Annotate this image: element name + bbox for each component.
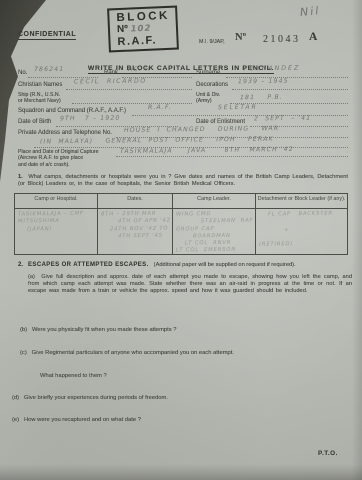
camps-table-cell-detachment: FL CAP BACKSTER + (RETIRED) — [256, 209, 347, 254]
camps-table-header-leader: Camp Leader. — [173, 194, 256, 209]
camps-table: Camp or Hospital. Dates. Camp Leader. De… — [14, 193, 348, 255]
camps-table-header-detachment: Detachment or Block Leader (if any). — [256, 194, 347, 209]
confidential-label: CONFIDENTIAL — [18, 31, 76, 38]
question-1-text: What camps, detachments or hospitals wer… — [18, 174, 348, 187]
camps-table-cell-dates: 8TH – 29TH MAR 4TH OF APR '42 24TH NOV '… — [98, 209, 173, 254]
stamp-number-handwritten: 102 — [130, 24, 151, 35]
question-2d: (d) Give briefly your experiences during… — [12, 395, 168, 401]
field-squadron-line — [132, 115, 348, 116]
field-decorations-label: Decorations — [196, 82, 228, 88]
right-edge-shadow — [352, 0, 362, 480]
section-2-number: 2. — [18, 262, 23, 268]
question-2a-label: (a) — [28, 274, 35, 280]
camps-table-header-dates: Dates. — [98, 194, 173, 209]
form-reference-label: M.I. 9/JAP, — [199, 39, 225, 45]
section-2-note: (Additional paper will be supplied on re… — [154, 262, 296, 268]
question-2b: (b) Were you physically fit when you mad… — [20, 327, 177, 333]
field-address-label: Private Address and Telephone No. — [18, 130, 112, 136]
scanned-pow-questionnaire-form: CONFIDENTIAL BLOCK Nº 102 R.A.F. M.I. 9/… — [0, 0, 362, 480]
field-dob-value: 9TH 7 – 1920 — [60, 115, 120, 123]
question-2c: (c) Give Regimental particulars of anyon… — [20, 350, 234, 356]
field-squadron-label: Squadron and Command (R.A.F., A.A.F.) — [18, 108, 126, 114]
field-enlistment-label: Date of Enlistment — [196, 119, 245, 125]
camps-table-cell-camp: TASIKMALAJA – CMP MITSUSHIMA (JAPAN) — [15, 209, 98, 254]
question-1-number: 1. — [18, 174, 23, 180]
section-2-heading: 2. ESCAPES OR ATTEMPTED ESCAPES. (Additi… — [18, 262, 296, 268]
field-decorations-value: 1939 – 1945 — [238, 78, 289, 86]
field-christian-names-label: Christian Names — [18, 82, 62, 88]
field-surname-label: Surname — [196, 70, 220, 76]
field-surname-value: FERNANDEZ — [244, 65, 300, 73]
question-2e: (e) How were you recaptured and on what … — [12, 417, 141, 423]
field-no-value: 786241 — [34, 66, 64, 73]
block-number-stamp: BLOCK Nº 102 R.A.F. — [107, 5, 179, 52]
field-unit-value: 181 P.B. — [240, 94, 283, 102]
field-christian-names-line — [66, 89, 192, 90]
question-2a-text: Give full description and approx. date o… — [28, 274, 352, 294]
field-unit-label: Unit & Div. (Army) — [196, 92, 220, 105]
field-no-label: No. — [18, 70, 27, 76]
field-dob-label: Date of Birth — [18, 119, 51, 125]
field-capture-line — [116, 156, 348, 157]
question-2c-followup: What happened to them ? — [40, 373, 107, 379]
section-2-title: ESCAPES OR ATTEMPTED ESCAPES. — [28, 262, 149, 268]
field-christian-names-value: CECIL RICARDO — [74, 78, 147, 86]
question-1: 1. What camps, detachments or hospitals … — [18, 174, 348, 188]
bottom-edge-shadow — [0, 464, 362, 480]
stamp-raf-word: R.A.F. — [117, 34, 172, 49]
form-suffix: A — [309, 31, 317, 43]
form-number-symbol: Nº — [235, 32, 246, 43]
camps-table-header-camp: Camp or Hospital. — [15, 194, 98, 209]
field-rank-value: AC. II — [128, 66, 151, 73]
camps-table-cell-leader: WING CMD STEELMAN RAF GROUP CAP BOARDMAN… — [173, 209, 256, 254]
pto-label: P.T.O. — [318, 450, 338, 457]
nil-annotation: Nil — [299, 4, 321, 19]
field-rank-label: Rank — [104, 70, 118, 76]
field-squadron-value-1: R.A.F. — [148, 104, 172, 111]
form-number: 21043 — [263, 34, 301, 45]
field-decorations-line — [232, 89, 348, 90]
field-ship-line — [72, 103, 192, 104]
field-squadron-value-2: SELETAR — [218, 104, 258, 111]
question-2a: (a) Give full description and approx. da… — [28, 274, 352, 295]
field-enlistment-value: 2 SEPT – '41 — [254, 115, 311, 123]
field-capture-label: Place and Date of Original Capture (Airc… — [18, 149, 98, 168]
field-ship-label: Ship (R.N., U.S.N. or Merchant Navy) — [18, 92, 61, 105]
